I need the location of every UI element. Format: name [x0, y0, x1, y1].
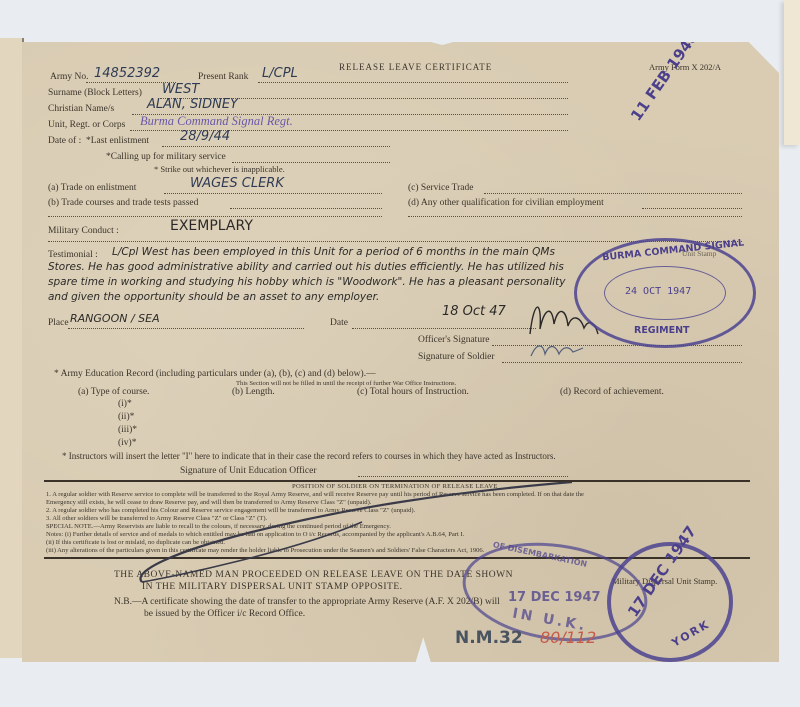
christian-names-label: Christian Name/s — [48, 104, 114, 114]
testimonial-line-4: and given the opportunity should be an a… — [48, 290, 379, 305]
trade-enlistment-value: WAGES CLERK — [190, 176, 284, 191]
adjacent-sheet-edge — [784, 0, 800, 145]
instructor-note: * Instructors will insert the letter "I"… — [62, 451, 556, 461]
education-row-i: (i)* — [118, 399, 132, 409]
release-nb-line-1: N.B.—A certificate showing the date of t… — [114, 597, 500, 607]
unit-stamp-date: 24 OCT 1947 — [625, 286, 691, 297]
release-nb-line-2: be issued by the Officer i/c Record Offi… — [144, 609, 305, 619]
army-no-value: 14852392 — [94, 66, 160, 81]
date-of-label: Date of : — [48, 136, 81, 146]
last-enlistment-label: *Last enlistment — [86, 136, 149, 146]
testimonial-label-text: Testimonial : — [48, 250, 98, 260]
surname-label: Surname (Block Letters) — [48, 88, 142, 98]
date-label: Date — [330, 318, 348, 328]
education-officer-signature-line — [358, 464, 568, 477]
other-qualification-line — [642, 196, 742, 209]
calling-up-line — [232, 150, 390, 163]
trade-courses-line — [230, 196, 382, 209]
military-conduct-value: EXEMPLARY — [170, 218, 253, 234]
testimonial-line-3: spare time in working and studying his h… — [48, 275, 566, 290]
surname-value: WEST — [162, 82, 199, 97]
education-col-hours: (c) Total hours of Instruction. — [357, 387, 469, 397]
education-row-ii: (ii)* — [118, 412, 134, 422]
place-label: Place — [48, 318, 69, 328]
testimonial-line-2: Stores. He has good administrative abili… — [48, 260, 564, 275]
disembarkation-stamp-date: 17 DEC 1947 — [508, 590, 601, 605]
trade-extra-line-left — [48, 214, 382, 217]
education-row-iv: (iv)* — [118, 438, 136, 448]
education-row-iii: (iii)* — [118, 425, 137, 435]
other-qualification-label: (d) Any other qualification for civilian… — [408, 198, 604, 208]
education-col-achievement: (d) Record of achievement. — [560, 387, 664, 397]
unit-label: Unit, Regt. or Corps — [48, 120, 125, 130]
education-col-type: (a) Type of course. — [78, 387, 149, 397]
red-pencil-mark: 80/112 — [540, 628, 596, 647]
education-officer-signature-label: Signature of Unit Education Officer — [180, 466, 316, 476]
strike-out-note: * Strike out whichever is inapplicable. — [154, 164, 285, 174]
adjacent-page-edge — [0, 38, 24, 658]
date-value: 18 Oct 47 — [442, 304, 506, 319]
unit-value: Burma Command Signal Regt. — [140, 114, 293, 129]
soldier-signature-scrawl — [527, 338, 587, 362]
trade-extra-line-right — [408, 214, 742, 217]
service-trade-label: (c) Service Trade — [408, 183, 473, 193]
print-code: N.M.32 — [455, 628, 523, 648]
army-no-label: Army No. — [50, 72, 89, 82]
officer-signature-label: Officer's Signature — [418, 335, 489, 345]
last-enlistment-value: 28/9/44 — [180, 129, 230, 144]
trade-courses-label: (b) Trade courses and trade tests passed — [48, 198, 198, 208]
calling-up-label: *Calling up for military service — [106, 152, 226, 162]
present-rank-value: L/CPL — [262, 66, 298, 81]
education-heading: * Army Education Record (including parti… — [54, 369, 376, 379]
trade-enlistment-label: (a) Trade on enlistment — [48, 183, 136, 193]
present-rank-label: Present Rank — [198, 72, 248, 82]
christian-names-value: ALAN, SIDNEY — [147, 97, 238, 112]
service-trade-line — [484, 181, 742, 194]
education-sub-note: This Section will not be filled in until… — [236, 380, 456, 387]
unit-stamp-bottom-text: REGIMENT — [634, 325, 690, 336]
place-value: RANGOON / SEA — [70, 312, 160, 325]
military-conduct-label: Military Conduct : — [48, 226, 119, 236]
soldier-signature-label: Signature of Soldier — [418, 352, 495, 362]
education-col-length: (b) Length. — [232, 387, 275, 397]
received-date-stamp: 11 FEB 1948 — [627, 28, 702, 124]
release-leave-certificate: RELEASE LEAVE CERTIFICATE Army Form X 20… — [22, 42, 779, 662]
testimonial-line-1: L/Cpl West has been employed in this Uni… — [112, 245, 555, 260]
present-rank-line — [258, 70, 568, 83]
unit-stamp-label: Unit Stamp — [682, 249, 716, 258]
